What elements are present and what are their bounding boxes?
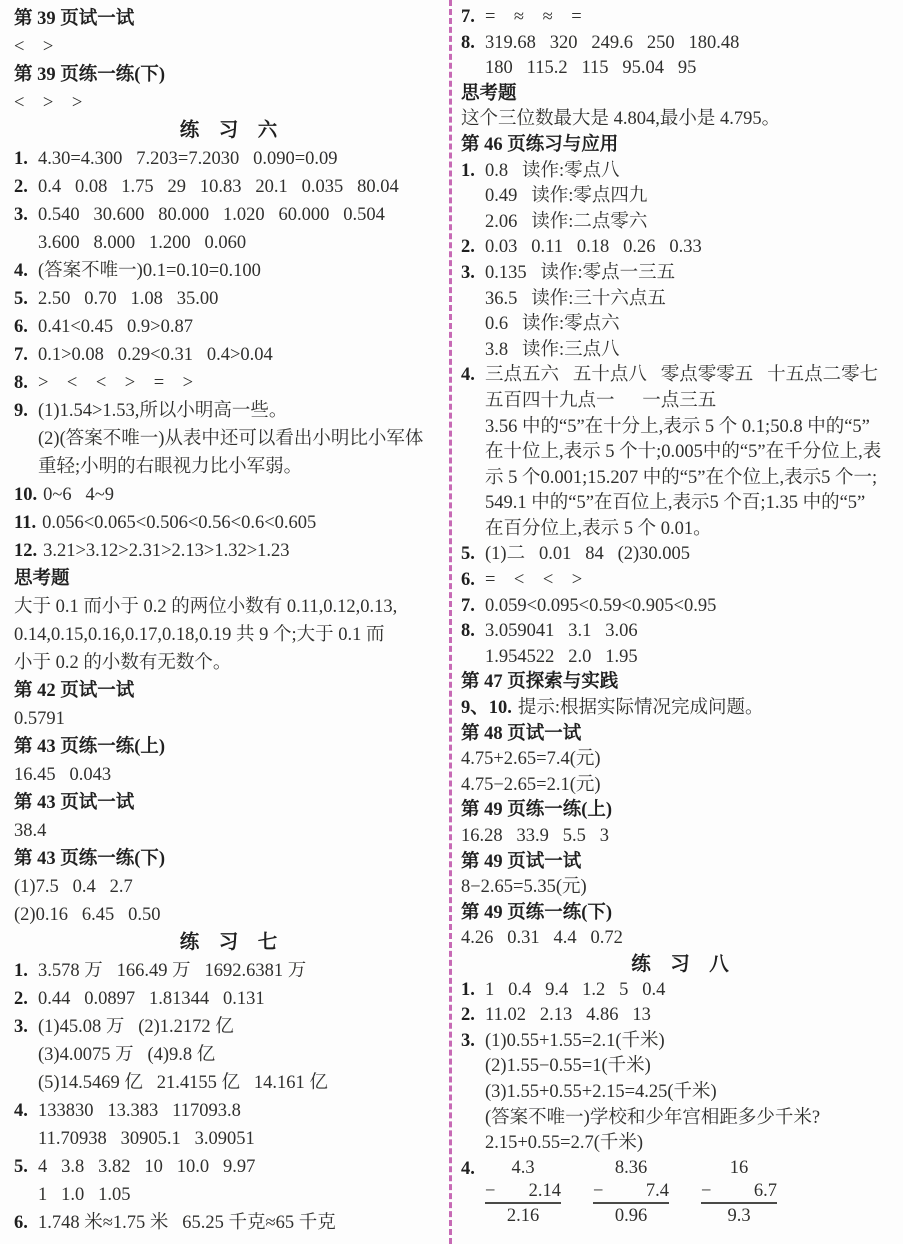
- item-number: 6.: [461, 568, 479, 594]
- answer-item: 11.0.056<0.065<0.506<0.56<0.6<0.605: [14, 509, 443, 537]
- item-text: 2.50 0.70 1.08 35.00: [38, 289, 218, 309]
- exercise-title: 练 习 七: [14, 929, 443, 957]
- answer-item: 9、10.提示:根据实际情况完成问题。: [461, 696, 899, 722]
- item-text: = < < >: [485, 570, 582, 590]
- answer-item: 5.4 3.8 3.82 10 10.0 9.97: [14, 1153, 443, 1181]
- answer-continuation-line: 重轻;小明的右眼视力比小军弱。: [14, 453, 443, 481]
- answer-continuation-line: (2)1.55−0.55=1(千米): [461, 1054, 899, 1080]
- answer-item: 7.0.1>0.08 0.29<0.31 0.4>0.04: [14, 341, 443, 369]
- answer-item: 9.(1)1.54>1.53,所以小明高一些。: [14, 397, 443, 425]
- answer-line: 0.5791: [14, 705, 443, 733]
- answer-line: < >: [14, 33, 443, 61]
- page-reference-heading: 第 49 页练一练(上): [461, 798, 899, 824]
- item-number: 2.: [14, 173, 32, 201]
- item-number: 3.: [14, 201, 32, 229]
- minus-sign: −: [701, 1180, 711, 1202]
- answer-item: 1.4.30=4.300 7.203=7.2030 0.090=0.09: [14, 145, 443, 173]
- answer-line: 8−2.65=5.35(元): [461, 875, 899, 901]
- item-text: 1 0.4 9.4 1.2 5 0.4: [485, 980, 665, 1000]
- answer-line: (2)0.16 6.45 0.50: [14, 901, 443, 929]
- answer-item: 6.0.41<0.45 0.9>0.87: [14, 313, 443, 341]
- item-number: 2.: [461, 1003, 479, 1029]
- answer-item: 3.0.540 30.600 80.000 1.020 60.000 0.504: [14, 201, 443, 229]
- item-text: 3.059041 3.1 3.06: [485, 621, 638, 641]
- subtrahend: 7.4: [646, 1180, 669, 1202]
- answer-continuation-line: 示 5 个0.001;15.207 中的“5”在个位上,表示5 个一;: [461, 466, 899, 492]
- answer-continuation-line: 0.49 读作:零点四九: [461, 184, 899, 210]
- answer-line: (1)7.5 0.4 2.7: [14, 873, 443, 901]
- item-text: 0.03 0.11 0.18 0.26 0.33: [485, 237, 702, 257]
- answer-item: 2.0.4 0.08 1.75 29 10.83 20.1 0.035 80.0…: [14, 173, 443, 201]
- answer-continuation-line: 3.8 读作:三点八: [461, 338, 899, 364]
- page-reference-heading: 第 43 页试一试: [14, 789, 443, 817]
- item-number: 12.: [14, 537, 37, 565]
- item-number: 1.: [14, 145, 32, 173]
- answer-continuation-line: (5)14.5469 亿 21.4155 亿 14.161 亿: [14, 1069, 443, 1097]
- item-text: 0.4 0.08 1.75 29 10.83 20.1 0.035 80.04: [38, 177, 399, 197]
- subtraction-problems: 4.3−2.142.168.36−7.40.9616−6.79.3: [485, 1157, 777, 1228]
- answer-item: 8.319.68 320 249.6 250 180.48: [461, 31, 899, 57]
- item-number: 8.: [461, 619, 479, 645]
- subtraction-problem: 4.3−2.142.16: [485, 1157, 561, 1228]
- item-text: 0.44 0.0897 1.81344 0.131: [38, 989, 265, 1009]
- item-number: 10.: [14, 481, 37, 509]
- page-reference-heading: 第 42 页试一试: [14, 677, 443, 705]
- answer-item: 1.3.578 万 166.49 万 1692.6381 万: [14, 957, 443, 985]
- subtrahend: 6.7: [754, 1180, 777, 1202]
- answer-continuation-line: 在百分位上,表示 5 个 0.01。: [461, 517, 899, 543]
- item-text: (1)1.54>1.53,所以小明高一些。: [38, 401, 287, 421]
- item-number: 4.: [14, 257, 32, 285]
- item-number: 9、10.: [461, 696, 512, 722]
- item-text: 0.540 30.600 80.000 1.020 60.000 0.504: [38, 205, 385, 225]
- minuend: 4.3: [485, 1157, 561, 1180]
- item-text: 0.135 读作:零点一三五: [485, 263, 675, 283]
- answer-continuation-line: 五百四十九点一 一点三五: [461, 389, 899, 415]
- answer-item: 3.(1)0.55+1.55=2.1(千米): [461, 1029, 899, 1055]
- item-text: 319.68 320 249.6 250 180.48: [485, 33, 739, 53]
- answer-item: 2.0.44 0.0897 1.81344 0.131: [14, 985, 443, 1013]
- item-text: 1.748 米≈1.75 米 65.25 千克≈65 千克: [38, 1213, 336, 1233]
- answer-continuation-line: 3.600 8.000 1.200 0.060: [14, 229, 443, 257]
- answer-line: 这个三位数最大是 4.804,最小是 4.795。: [461, 107, 899, 133]
- minuend: 16: [701, 1157, 777, 1180]
- subtrahend-row: −6.7: [701, 1180, 777, 1204]
- item-number: 6.: [14, 1209, 32, 1237]
- item-text: (答案不唯一)0.1=0.10=0.100: [38, 261, 261, 281]
- answer-continuation-line: 180 115.2 115 95.04 95: [461, 56, 899, 82]
- answer-key-page: 第 39 页试一试< >第 39 页练一练(下)< > >练 习 六1.4.30…: [0, 0, 903, 1244]
- answer-item: 4.133830 13.383 117093.8: [14, 1097, 443, 1125]
- answer-item: 2.11.02 2.13 4.86 13: [461, 1003, 899, 1029]
- page-reference-heading: 第 39 页练一练(下): [14, 61, 443, 89]
- item-number: 1.: [461, 159, 479, 185]
- answer-item: 10.0~6 4~9: [14, 481, 443, 509]
- item-text: 0.059<0.095<0.59<0.905<0.95: [485, 596, 716, 616]
- subtrahend-row: −7.4: [593, 1180, 669, 1204]
- answer-item: 6.1.748 米≈1.75 米 65.25 千克≈65 千克: [14, 1209, 443, 1237]
- answer-line: 16.28 33.9 5.5 3: [461, 824, 899, 850]
- exercise-title: 练 习 八: [461, 952, 899, 978]
- minus-sign: −: [593, 1180, 603, 1202]
- answer-item: 3.(1)45.08 万 (2)1.2172 亿: [14, 1013, 443, 1041]
- answer-continuation-line: 2.15+0.55=2.7(千米): [461, 1131, 899, 1157]
- answer-item: 12.3.21>3.12>2.31>2.13>1.32>1.23: [14, 537, 443, 565]
- item-number: 7.: [461, 594, 479, 620]
- item-number: 2.: [461, 235, 479, 261]
- minus-sign: −: [485, 1180, 495, 1202]
- page-reference-heading: 思考题: [14, 565, 443, 593]
- answer-continuation-line: 11.70938 30905.1 3.09051: [14, 1125, 443, 1153]
- item-text: 11.02 2.13 4.86 13: [485, 1005, 651, 1025]
- answer-item: 5.(1)二 0.01 84 (2)30.005: [461, 542, 899, 568]
- item-number: 8.: [14, 369, 32, 397]
- answer-continuation-line: 1.954522 2.0 1.95: [461, 645, 899, 671]
- answer-line: 0.14,0.15,0.16,0.17,0.18,0.19 共 9 个;大于 0…: [14, 621, 443, 649]
- answer-item: 7.= ≈ ≈ =: [461, 5, 899, 31]
- answer-item: 8.3.059041 3.1 3.06: [461, 619, 899, 645]
- answer-item: 4.(答案不唯一)0.1=0.10=0.100: [14, 257, 443, 285]
- answer-line: 大于 0.1 而小于 0.2 的两位小数有 0.11,0.12,0.13,: [14, 593, 443, 621]
- item-number: 11.: [14, 509, 36, 537]
- answer-line: 38.4: [14, 817, 443, 845]
- item-text: = ≈ ≈ =: [485, 7, 582, 27]
- answer-line: 4.75+2.65=7.4(元): [461, 747, 899, 773]
- vertical-subtraction-group: 4.4.3−2.142.168.36−7.40.9616−6.79.3: [461, 1157, 899, 1228]
- subtraction-problem: 16−6.79.3: [701, 1157, 777, 1228]
- item-number: 7.: [461, 5, 479, 31]
- item-text: 133830 13.383 117093.8: [38, 1101, 241, 1121]
- exercise-title: 练 习 六: [14, 117, 443, 145]
- item-number: 5.: [14, 1153, 32, 1181]
- page-reference-heading: 思考题: [461, 82, 899, 108]
- answer-line: 4.75−2.65=2.1(元): [461, 773, 899, 799]
- subtrahend-row: −2.14: [485, 1180, 561, 1204]
- item-number: 6.: [14, 313, 32, 341]
- item-number: 3.: [461, 261, 479, 287]
- answer-item: 8.> < < > = >: [14, 369, 443, 397]
- item-text: 0.056<0.065<0.506<0.56<0.6<0.605: [42, 513, 316, 533]
- subtraction-problem: 8.36−7.40.96: [593, 1157, 669, 1228]
- item-text: (1)0.55+1.55=2.1(千米): [485, 1031, 665, 1051]
- item-number: 5.: [14, 285, 32, 313]
- left-column: 第 39 页试一试< >第 39 页练一练(下)< > >练 习 六1.4.30…: [0, 0, 449, 1244]
- item-number: 1.: [461, 978, 479, 1004]
- item-text: 0.41<0.45 0.9>0.87: [38, 317, 193, 337]
- item-text: 0.1>0.08 0.29<0.31 0.4>0.04: [38, 345, 273, 365]
- answer-continuation-line: 在十位上,表示 5 个十;0.005中的“5”在千分位上,表: [461, 440, 899, 466]
- answer-line: < > >: [14, 89, 443, 117]
- item-text: 提示:根据实际情况完成问题。: [518, 698, 764, 718]
- answer-continuation-line: (2)(答案不唯一)从表中还可以看出小明比小军体: [14, 425, 443, 453]
- item-number: 9.: [14, 397, 32, 425]
- answer-continuation-line: (答案不唯一)学校和少年宫相距多少千米?: [461, 1106, 899, 1132]
- item-text: 三点五六 五十点八 零点零零五 十五点二零七: [485, 365, 878, 385]
- page-reference-heading: 第 47 页探索与实践: [461, 670, 899, 696]
- item-text: 0.8 读作:零点八: [485, 161, 620, 181]
- answer-item: 1.1 0.4 9.4 1.2 5 0.4: [461, 978, 899, 1004]
- page-reference-heading: 第 46 页练习与应用: [461, 133, 899, 159]
- item-text: (1)45.08 万 (2)1.2172 亿: [38, 1017, 234, 1037]
- item-number: 4.: [14, 1097, 32, 1125]
- answer-item: 3.0.135 读作:零点一三五: [461, 261, 899, 287]
- answer-continuation-line: 0.6 读作:零点六: [461, 312, 899, 338]
- item-text: 4 3.8 3.82 10 10.0 9.97: [38, 1157, 255, 1177]
- item-number: 3.: [461, 1029, 479, 1055]
- answer-item: 2.0.03 0.11 0.18 0.26 0.33: [461, 235, 899, 261]
- page-reference-heading: 第 39 页试一试: [14, 5, 443, 33]
- answer-continuation-line: 36.5 读作:三十六点五: [461, 287, 899, 313]
- answer-item: 1.0.8 读作:零点八: [461, 159, 899, 185]
- page-reference-heading: 第 48 页试一试: [461, 722, 899, 748]
- right-column: 7.= ≈ ≈ =8.319.68 320 249.6 250 180.4818…: [452, 0, 903, 1244]
- answer-continuation-line: 3.56 中的“5”在十分上,表示 5 个 0.1;50.8 中的“5”: [461, 415, 899, 441]
- answer-continuation-line: 1 1.0 1.05: [14, 1181, 443, 1209]
- answer-item: 4.三点五六 五十点八 零点零零五 十五点二零七: [461, 363, 899, 389]
- item-text: 0~6 4~9: [43, 485, 114, 505]
- page-reference-heading: 第 49 页练一练(下): [461, 901, 899, 927]
- difference: 9.3: [701, 1204, 777, 1228]
- answer-line: 4.26 0.31 4.4 0.72: [461, 926, 899, 952]
- item-number: 7.: [14, 341, 32, 369]
- answer-continuation-line: (3)4.0075 万 (4)9.8 亿: [14, 1041, 443, 1069]
- item-number: 8.: [461, 31, 479, 57]
- answer-continuation-line: (3)1.55+0.55+2.15=4.25(千米): [461, 1080, 899, 1106]
- answer-item: 7.0.059<0.095<0.59<0.905<0.95: [461, 594, 899, 620]
- page-reference-heading: 第 49 页试一试: [461, 850, 899, 876]
- difference: 2.16: [485, 1204, 561, 1228]
- answer-continuation-line: 2.06 读作:二点零六: [461, 210, 899, 236]
- item-text: (1)二 0.01 84 (2)30.005: [485, 544, 690, 564]
- answer-line: 16.45 0.043: [14, 761, 443, 789]
- answer-continuation-line: 549.1 中的“5”在百位上,表示5 个百;1.35 中的“5”: [461, 491, 899, 517]
- page-reference-heading: 第 43 页练一练(上): [14, 733, 443, 761]
- item-number: 4.: [461, 1157, 479, 1228]
- answer-item: 5.2.50 0.70 1.08 35.00: [14, 285, 443, 313]
- item-text: 3.578 万 166.49 万 1692.6381 万: [38, 961, 306, 981]
- answer-line: 小于 0.2 的小数有无数个。: [14, 649, 443, 677]
- subtrahend: 2.14: [529, 1180, 561, 1202]
- item-number: 1.: [14, 957, 32, 985]
- difference: 0.96: [593, 1204, 669, 1228]
- item-text: 4.30=4.300 7.203=7.2030 0.090=0.09: [38, 149, 338, 169]
- page-reference-heading: 第 43 页练一练(下): [14, 845, 443, 873]
- item-number: 4.: [461, 363, 479, 389]
- item-text: > < < > = >: [38, 373, 193, 393]
- answer-item: 6.= < < >: [461, 568, 899, 594]
- item-text: 3.21>3.12>2.31>2.13>1.32>1.23: [43, 541, 289, 561]
- item-number: 3.: [14, 1013, 32, 1041]
- minuend: 8.36: [593, 1157, 669, 1180]
- item-number: 2.: [14, 985, 32, 1013]
- item-number: 5.: [461, 542, 479, 568]
